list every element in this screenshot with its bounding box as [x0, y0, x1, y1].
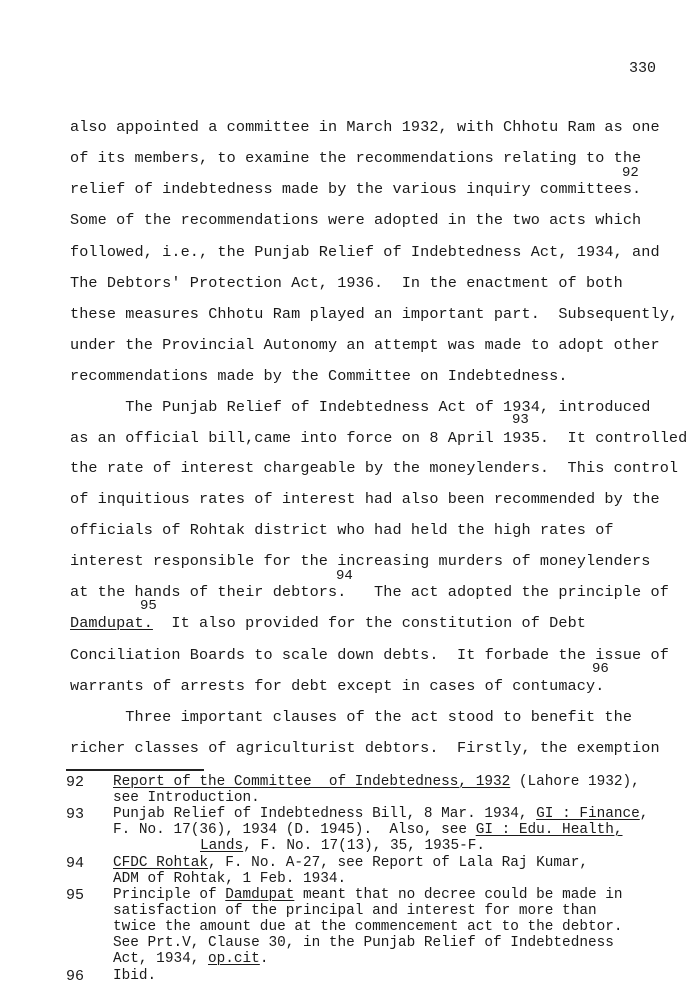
body-line: interest responsible for the increasing … — [70, 552, 650, 570]
footnote-ref-96: 96 — [592, 661, 609, 677]
body-line: Damdupat. It also provided for the const… — [70, 614, 586, 632]
footnote-line: Principle of Damdupat meant that no decr… — [113, 887, 623, 903]
footnote-line: see Introduction. — [113, 790, 260, 806]
citation-title: CFDC Rohtak — [113, 855, 208, 871]
citation-text: , F. No. A-27, see Report of Lala Raj Ku… — [208, 855, 588, 871]
underlined-term: Damdupat. — [70, 614, 153, 632]
footnote-line: F. No. 17(36), 1934 (D. 1945). Also, see… — [113, 822, 623, 838]
footnote-number: 94 — [66, 855, 84, 872]
footnote-ref-92: 92 — [622, 165, 639, 181]
footnote-ref-95: 95 — [140, 598, 157, 614]
citation-text: . — [260, 951, 269, 967]
footnote-number: 93 — [66, 806, 84, 823]
body-line: as an official bill,came into force on 8… — [70, 429, 687, 447]
citation-text: , F. No. 17(13), 35, 1935-F. — [243, 838, 485, 854]
footnote-divider — [66, 769, 204, 771]
citation-title: op.cit — [208, 951, 260, 967]
footnote-line: Ibid. — [113, 968, 156, 984]
body-line: richer classes of agriculturist debtors.… — [70, 739, 660, 757]
footnote-line: twice the amount due at the commencement… — [113, 919, 623, 935]
body-line-rest: It also provided for the constitution of… — [153, 614, 586, 632]
body-line: Some of the recommendations were adopted… — [70, 211, 641, 229]
body-line: also appointed a committee in March 1932… — [70, 118, 660, 136]
body-line: Conciliation Boards to scale down debts.… — [70, 646, 669, 664]
body-line: at the hands of their debtors. The act a… — [70, 583, 669, 601]
footnote-line: CFDC Rohtak, F. No. A-27, see Report of … — [113, 855, 588, 871]
footnote-number: 96 — [66, 968, 84, 985]
body-line: of inquitious rates of interest had also… — [70, 490, 660, 508]
body-line: Three important clauses of the act stood… — [70, 708, 632, 726]
footnote-line: Punjab Relief of Indebtedness Bill, 8 Ma… — [113, 806, 648, 822]
citation-text: meant that no decree could be made in — [294, 887, 622, 903]
citation-text: F. No. 17(36), 1934 (D. 1945). Also, see — [113, 822, 476, 838]
citation-title: GI : Finance — [536, 806, 640, 822]
body-line: recommendations made by the Committee on… — [70, 367, 568, 385]
body-line: relief of indebtedness made by the vario… — [70, 180, 641, 198]
body-line: warrants of arrests for debt except in c… — [70, 677, 604, 695]
body-line: of its members, to examine the recommend… — [70, 149, 641, 167]
body-line: officials of Rohtak district who had hel… — [70, 521, 614, 539]
citation-text: Act, 1934, — [113, 951, 208, 967]
citation-title: GI : Edu. Health, — [476, 822, 623, 838]
footnote-line: Report of the Committee of Indebtedness,… — [113, 774, 640, 790]
footnote-line: Lands, F. No. 17(13), 35, 1935-F. — [200, 838, 485, 854]
body-line: The Punjab Relief of Indebtedness Act of… — [70, 398, 650, 416]
footnote-ref-93: 93 — [512, 412, 529, 428]
footnote-ref-94: 94 — [336, 568, 353, 584]
citation-title: Lands — [200, 838, 243, 854]
citation-title: Report of the Committee of Indebtedness,… — [113, 774, 510, 790]
body-line: followed, i.e., the Punjab Relief of Ind… — [70, 243, 660, 261]
footnote-line: See Prt.V, Clause 30, in the Punjab Reli… — [113, 935, 614, 951]
footnote-line: satisfaction of the principal and intere… — [113, 903, 597, 919]
citation-title: Damdupat — [225, 887, 294, 903]
footnote-line: Act, 1934, op.cit. — [113, 951, 268, 967]
body-line: The Debtors' Protection Act, 1936. In th… — [70, 274, 623, 292]
body-line: the rate of interest chargeable by the m… — [70, 459, 678, 477]
footnote-line: ADM of Rohtak, 1 Feb. 1934. — [113, 871, 346, 887]
citation-text: Principle of — [113, 887, 225, 903]
footnote-number: 95 — [66, 887, 84, 904]
body-line: these measures Chhotu Ram played an impo… — [70, 305, 678, 323]
citation-rest: (Lahore 1932), — [510, 774, 640, 790]
citation-text: Punjab Relief of Indebtedness Bill, 8 Ma… — [113, 806, 536, 822]
page-number: 330 — [629, 60, 656, 77]
body-line: under the Provincial Autonomy an attempt… — [70, 336, 660, 354]
footnote-number: 92 — [66, 774, 84, 791]
citation-text: , — [640, 806, 649, 822]
